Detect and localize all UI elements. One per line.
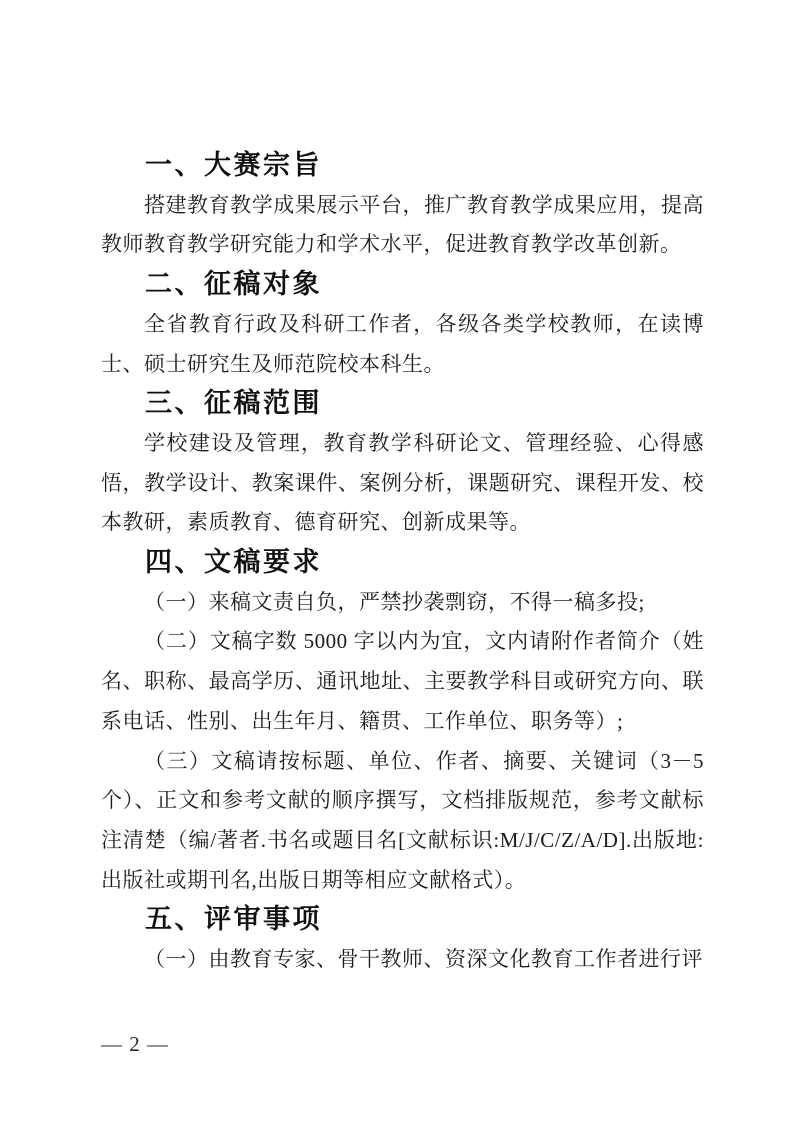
paragraph: 学校建设及管理，教育教学科研论文、管理经验、心得感悟，教学设计、教案课件、案例分… xyxy=(101,424,704,543)
section-heading-4: 四、文稿要求 xyxy=(101,543,704,583)
document-body: 一、大赛宗旨 搭建教育教学成果展示平台，推广教育教学成果应用，提高教师教育教学研… xyxy=(101,146,704,980)
paragraph: 全省教育行政及科研工作者，各级各类学校教师，在读博士、硕士研究生及师范院校本科生… xyxy=(101,305,704,384)
paragraph: 搭建教育教学成果展示平台，推广教育教学成果应用，提高教师教育教学研究能力和学术水… xyxy=(101,186,704,265)
page-number: — 2 — xyxy=(101,1032,169,1057)
paragraph: （三）文稿请按标题、单位、作者、摘要、关键词（3－5个）、正文和参考文献的顺序撰… xyxy=(101,742,704,901)
document-page: 一、大赛宗旨 搭建教育教学成果展示平台，推广教育教学成果应用，提高教师教育教学研… xyxy=(0,0,800,1131)
section-heading-2: 二、征稿对象 xyxy=(101,265,704,305)
section-heading-3: 三、征稿范围 xyxy=(101,384,704,424)
paragraph: （一）来稿文责自负，严禁抄袭剽窃，不得一稿多投; xyxy=(101,583,704,623)
paragraph: （一）由教育专家、骨干教师、资深文化教育工作者进行评 xyxy=(101,940,704,980)
section-heading-5: 五、评审事项 xyxy=(101,900,704,940)
section-heading-1: 一、大赛宗旨 xyxy=(101,146,704,186)
paragraph: （二）文稿字数 5000 字以内为宜，文内请附作者简介（姓名、职称、最高学历、通… xyxy=(101,622,704,741)
